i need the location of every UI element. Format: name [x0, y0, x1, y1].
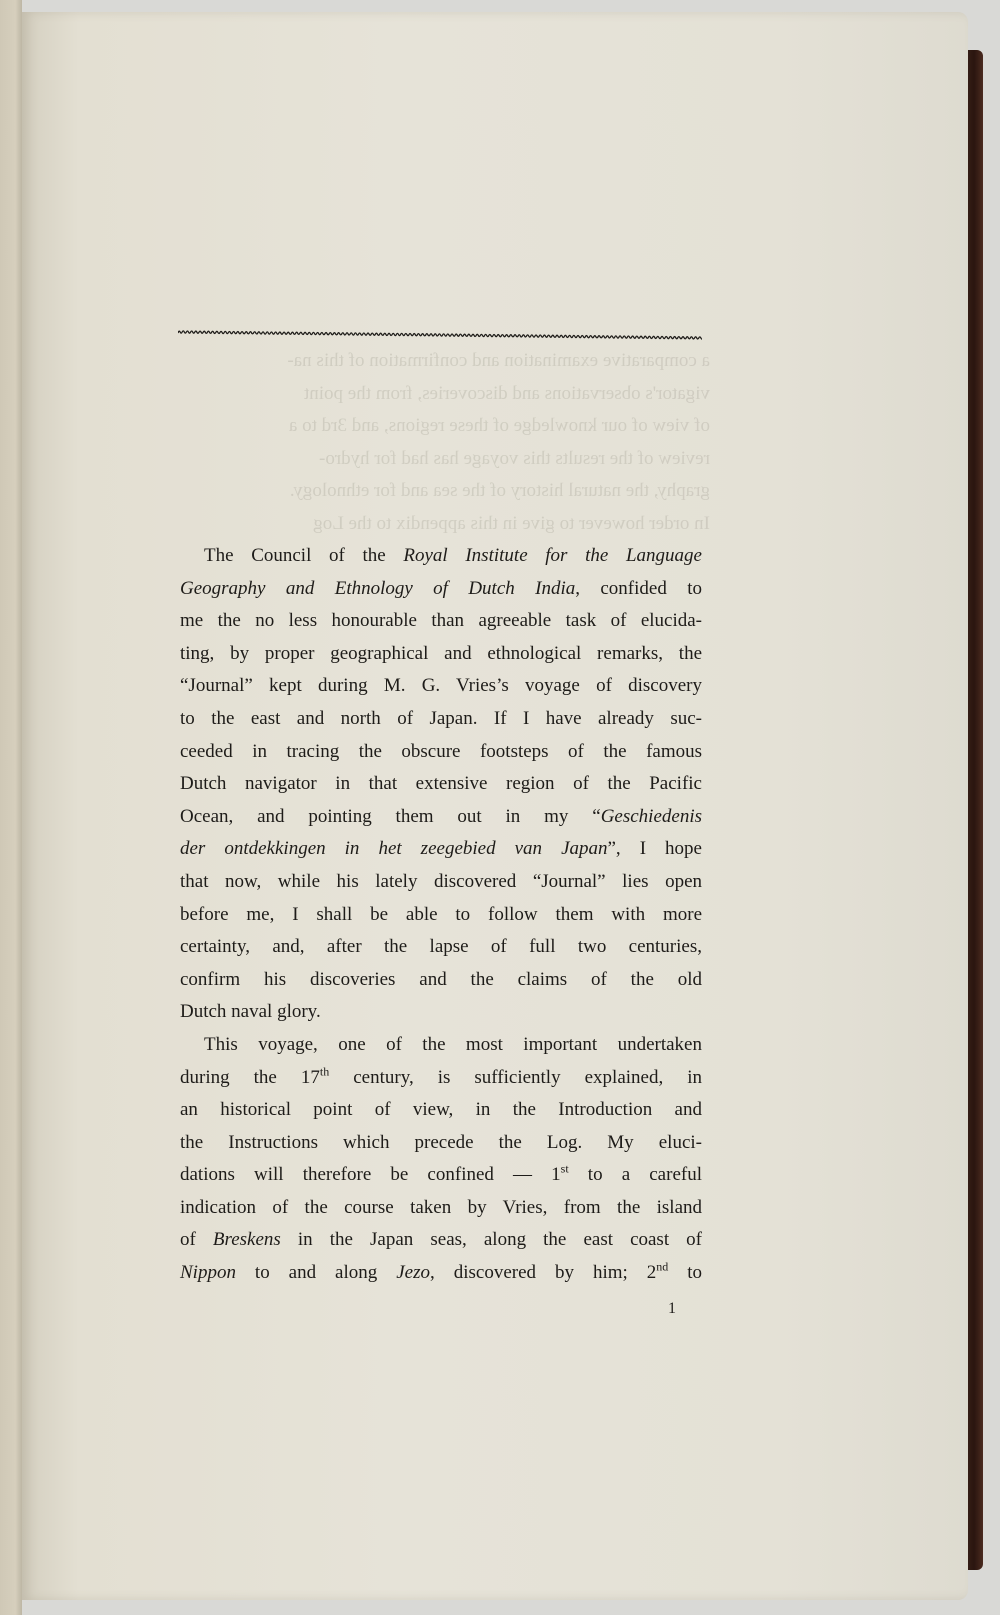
- text-line: the Instructions which precede the Log. …: [180, 1127, 702, 1160]
- text-line: Dutch navigator in that extensive region…: [180, 768, 702, 801]
- text-line: to the east and north of Japan. If I hav…: [180, 703, 702, 736]
- italic-text: der ontdekkingen in het zeegebied van Ja…: [180, 838, 608, 859]
- text-line: during the 17th century, is sufficiently…: [180, 1062, 702, 1095]
- text-line: of Breskens in the Japan seas, along the…: [180, 1224, 702, 1257]
- text-line: der ontdekkingen in het zeegebied van Ja…: [180, 833, 702, 866]
- ordinal-suffix: st: [561, 1162, 569, 1176]
- text-line: dations will therefore be confined — 1st…: [180, 1159, 702, 1192]
- italic-text: Nippon: [180, 1262, 236, 1283]
- ordinal-suffix: nd: [656, 1260, 668, 1274]
- text-line: The Council of the Royal Institute for t…: [180, 540, 702, 573]
- show-through-text: a comparative examination and confirmati…: [190, 345, 710, 541]
- text-line: Ocean, and pointing them out in my “Gesc…: [180, 801, 702, 834]
- left-page-edge: [0, 0, 22, 1615]
- text-line: indication of the course taken by Vries,…: [180, 1192, 702, 1225]
- text-line: This voyage, one of the most important u…: [180, 1029, 702, 1062]
- text-line: Dutch naval glory.: [180, 996, 702, 1029]
- text-line: before me, I shall be able to follow the…: [180, 899, 702, 932]
- text-line: confirm his discoveries and the claims o…: [180, 964, 702, 997]
- page-number: 1: [668, 1300, 676, 1318]
- text-line: certainty, and, after the lapse of full …: [180, 931, 702, 964]
- text-line: an historical point of view, in the Intr…: [180, 1094, 702, 1127]
- text-line: ting, by proper geographical and ethnolo…: [180, 638, 702, 671]
- text-line: ceeded in tracing the obscure footsteps …: [180, 736, 702, 769]
- body-text: The Council of the Royal Institute for t…: [180, 540, 702, 1290]
- italic-text: Jezo: [396, 1262, 430, 1283]
- text-line: that now, while his lately discovered “J…: [180, 866, 702, 899]
- text-line: “Journal” kept during M. G. Vries’s voya…: [180, 670, 702, 703]
- italic-text: Geschiedenis: [601, 806, 702, 827]
- text-line: me the no less honourable than agreeable…: [180, 605, 702, 638]
- wavy-rule-ornament: [178, 328, 702, 342]
- italic-text: Royal Institute for the Language: [403, 545, 702, 566]
- italic-text: Breskens: [213, 1229, 281, 1250]
- ordinal-suffix: th: [320, 1064, 329, 1078]
- text-line: Geography and Ethnology of Dutch India, …: [180, 573, 702, 606]
- italic-text: Geography and Ethnology of Dutch India: [180, 578, 575, 599]
- text-line: Nippon to and along Jezo, discovered by …: [180, 1257, 702, 1290]
